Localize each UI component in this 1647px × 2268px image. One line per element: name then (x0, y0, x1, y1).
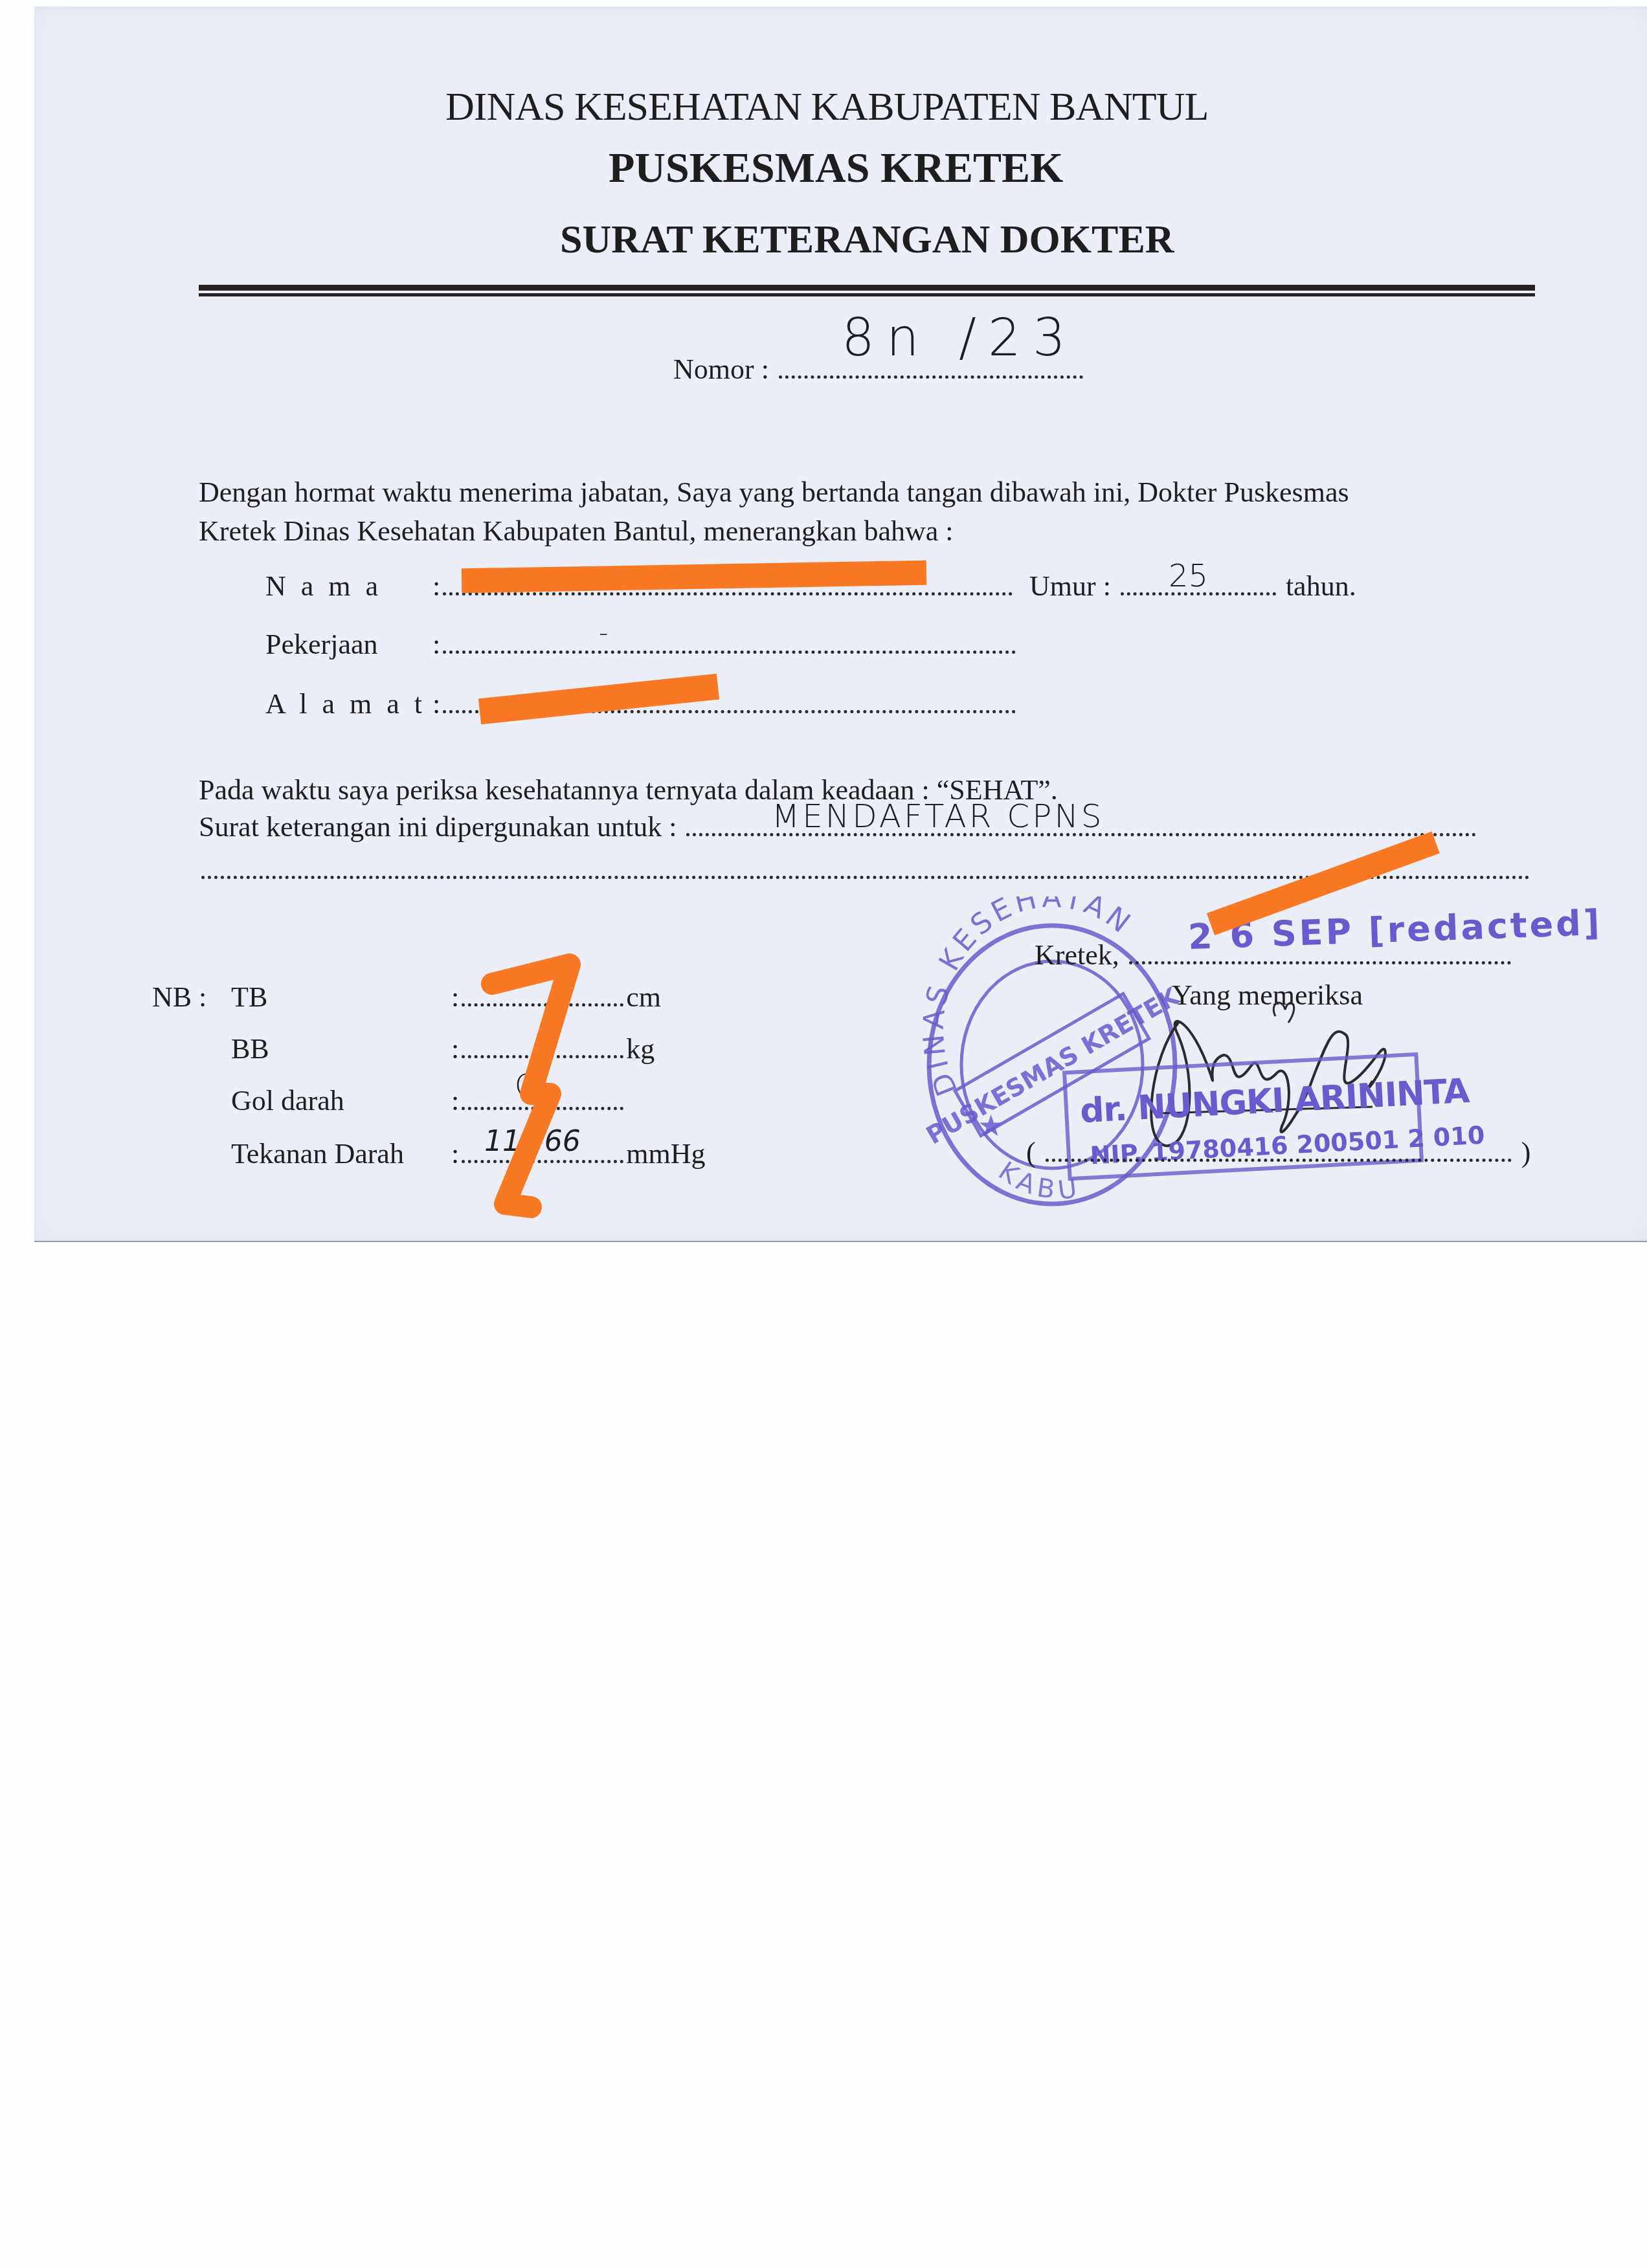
nb-values-redaction (473, 945, 602, 1230)
blood-pressure-label: Tekanan Darah (231, 1137, 404, 1170)
name-dots (443, 592, 1013, 595)
age-label: Umur : (1029, 570, 1111, 602)
nomor-dots (779, 375, 1083, 379)
job-field: : (432, 628, 1018, 661)
nb-label: NB : (152, 981, 207, 1014)
bb-label: BB (231, 1032, 269, 1065)
intro-line-1: Dengan hormat waktu menerima jabatan, Sa… (199, 476, 1349, 509)
purpose-label: Surat keterangan ini dipergunakan untuk … (199, 811, 677, 843)
nomor-label: Nomor : (673, 353, 769, 385)
intro-line-2: Kretek Dinas Kesehatan Kabupaten Bantul,… (199, 515, 954, 548)
name-label: N a m a (265, 570, 382, 603)
address-label: A l a m a t (265, 687, 426, 720)
place-label: Kretek, (1035, 939, 1119, 971)
document-title: SURAT KETERANGAN DOKTER (560, 217, 1174, 263)
age-value: 25 (1169, 558, 1208, 594)
place-date-row: Kretek, (1035, 939, 1514, 972)
job-dots (443, 650, 1016, 654)
purpose-value: MENDAFTAR CPNS (772, 797, 1104, 835)
agency-heading: DINAS KESEHATAN KABUPATEN BANTUL (445, 84, 1208, 130)
age-unit: tahun. (1286, 570, 1356, 602)
clinic-heading: PUSKESMAS KRETEK (609, 144, 1063, 193)
blood-type-label: Gol darah (231, 1084, 344, 1117)
header-rule-thin (199, 293, 1535, 296)
svg-text:★: ★ (978, 1109, 1004, 1142)
signature-dots (1046, 1159, 1512, 1162)
tb-label: TB (231, 981, 267, 1014)
header-rule-thick (199, 285, 1535, 291)
signature-name-line: ( ) (1026, 1136, 1530, 1169)
job-label: Pekerjaan (265, 628, 377, 661)
nomor-value: 8n /23 (842, 307, 1077, 368)
job-value: - (599, 618, 608, 648)
date-dots (1129, 961, 1511, 964)
doctor-stamp-name: dr. NUNGKI ARININTA (1079, 1072, 1470, 1131)
